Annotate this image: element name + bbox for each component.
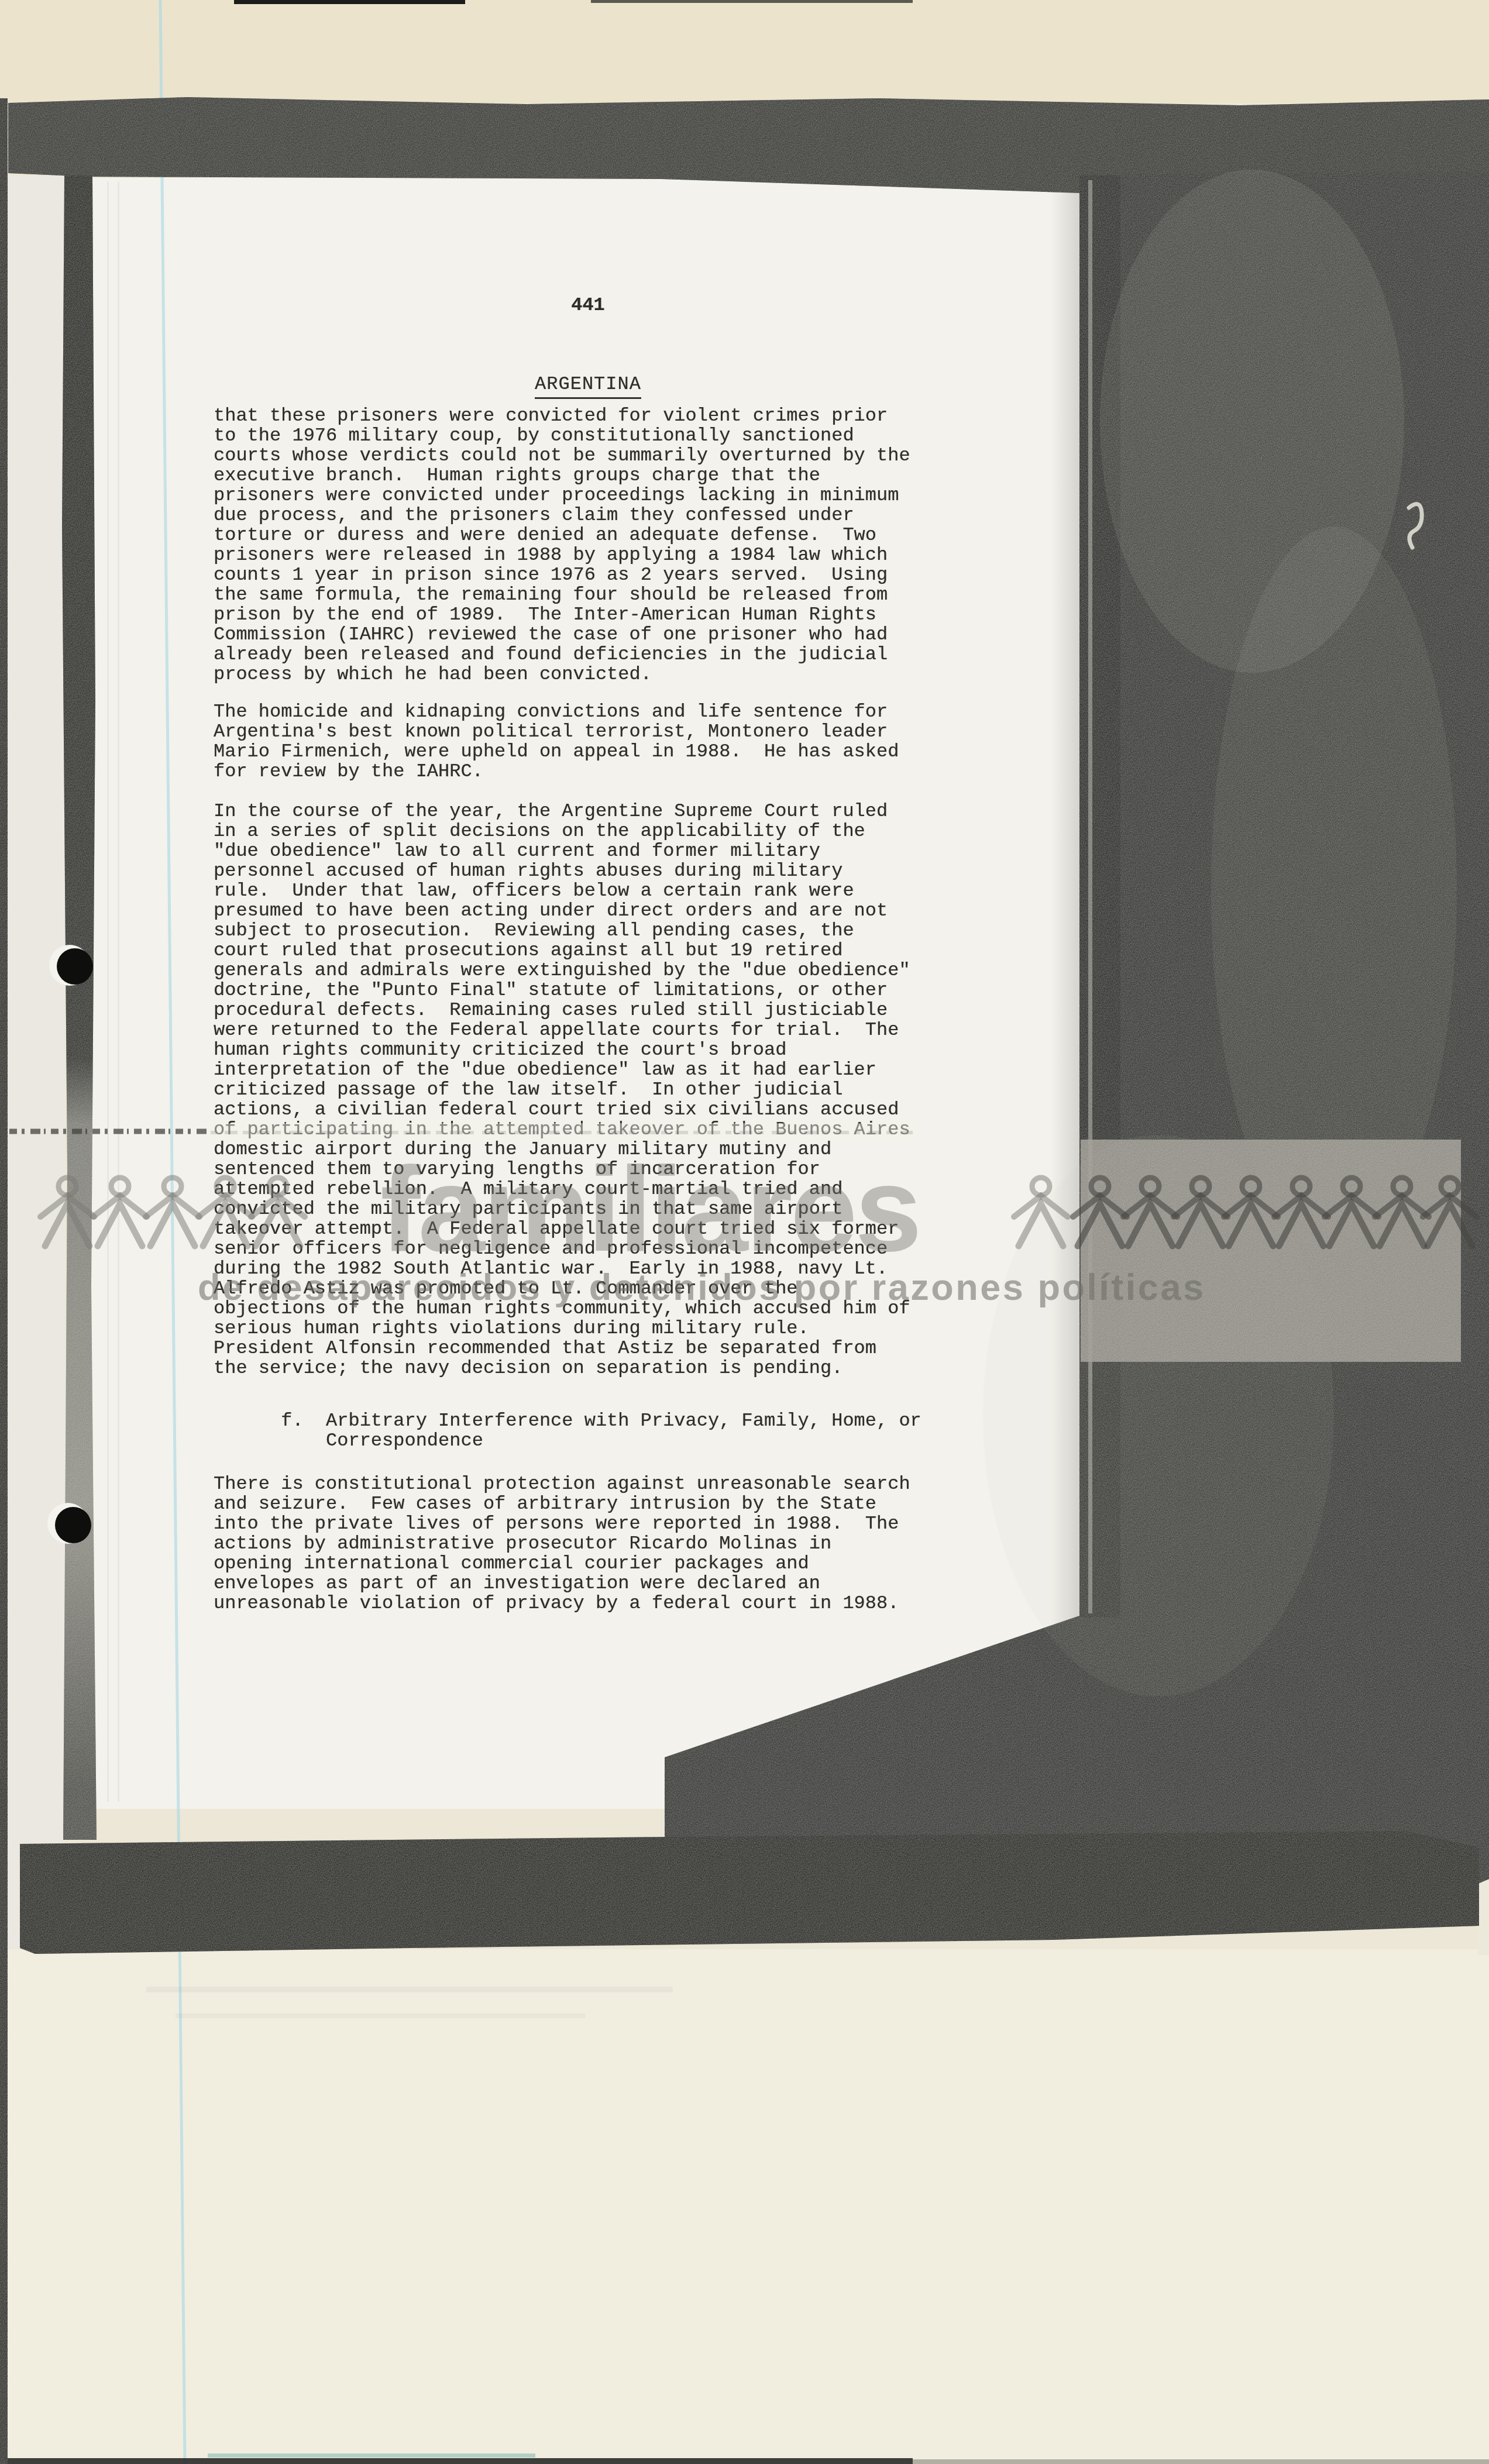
paragraph-supreme-court: In the course of the year, the Argentine… [214,801,962,1378]
section-heading-f: f. Arbitrary Interference with Privacy, … [214,1411,962,1451]
country-heading: ARGENTINA [214,374,962,394]
paragraph-privacy: There is constitutional protection again… [214,1474,962,1613]
toner-bottom-band [20,1831,1479,1954]
watermark-light-band [1081,1140,1461,1362]
watermark-figures-right [1073,1178,1477,1246]
backdrop-corner-patch [1478,1879,1489,1955]
page-right-edge-shadow [1051,178,1082,1809]
page-edge-highlight [1088,180,1092,1613]
country-heading-text: ARGENTINA [535,373,641,399]
page-fold-line [107,181,109,1802]
toner-squiggle-artifact [1409,504,1422,548]
paragraph-prisoners-convictions: that these prisoners were convicted for … [214,406,962,684]
toner-right-inner-shadow [1079,175,1120,1618]
backdrop-bottom-cream [0,1949,1489,2464]
paragraph-firmenich: The homicide and kidnaping convictions a… [214,702,962,782]
backdrop-top-cream [0,0,1489,103]
scanned-document-page: { "doc": { "page_number": "441", "countr… [0,0,1489,2464]
page-number: 441 [214,295,962,315]
page-fold-line [118,181,119,1802]
